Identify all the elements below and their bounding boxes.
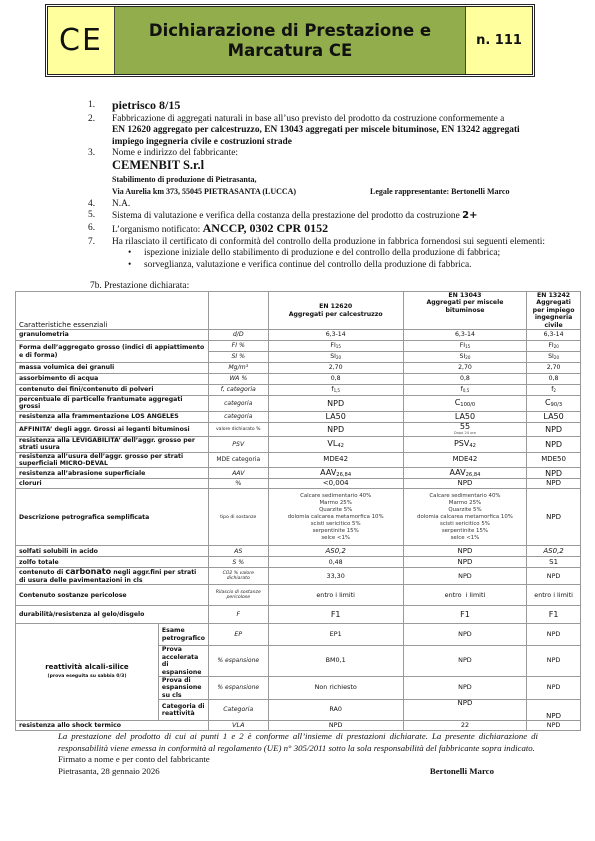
notified-body: ANCCP, 0302 CPR 0152: [203, 221, 329, 235]
table-row: resistenza alla LEVIGABILITA’ dell’aggr.…: [16, 436, 581, 452]
place-date: Pietrasanta, 28 gennaio 2026: [58, 766, 160, 778]
address: Via Aurelia km 373, 55045 PIETRASANTA (L…: [112, 186, 370, 198]
item-6: 6.L’organismo notificato: ANCCP, 0302 CP…: [88, 223, 548, 237]
bullet-item: sorveglianza, valutazione e verifica con…: [88, 260, 548, 272]
table-row: resistenza allo shock termico VLA NPD 22…: [16, 721, 581, 731]
header-en12620: EN 12620Aggregati per calcestruzzo: [268, 292, 403, 330]
item-3: 3.Nome e indirizzo del fabbricante: CEME…: [88, 148, 548, 198]
table-row: reattività alcali-silice(prova eseguita …: [16, 624, 581, 646]
document-title: Dichiarazione di Prestazione e Marcatura…: [115, 7, 465, 74]
table-row: resistenza all’abrasione superficiale AA…: [16, 468, 581, 479]
table-row: resistenza alla frammentazione LOS ANGEL…: [16, 411, 581, 422]
plant: Stabilimento di produzione di Pietrasant…: [112, 175, 257, 184]
conformity-statement: La prestazione del prodotto di cui ai pu…: [58, 731, 538, 754]
signed-for: Firmato a nome e per conto del fabbrican…: [58, 754, 538, 766]
declaration-footer: La prestazione del prodotto di cui ai pu…: [58, 731, 538, 778]
table-row: Descrizione petrografica semplificata ti…: [16, 489, 581, 546]
company-name: CEMENBIT S.r.l: [112, 158, 204, 172]
signatory: Bertonelli Marco: [430, 766, 494, 778]
table-row: granulometria d/D 6,3-14 6,3-14 6,3-14: [16, 330, 581, 341]
table-row: zolfo totale S % 0,48 NPD S1: [16, 557, 581, 568]
table-row: percentuale di particelle frantumate agg…: [16, 396, 581, 412]
table-row: assorbimento di acqua WA % 0,8 0,8 0,8: [16, 374, 581, 385]
table-row: contenuto di carbonato negli aggr.fini p…: [16, 568, 581, 585]
table-row: durabilità/resistenza al gelo/disgelo F …: [16, 606, 581, 624]
document-number: n. 111: [465, 7, 532, 74]
product-name: pietrisco 8/15: [112, 98, 180, 112]
bullet-item: ispezione iniziale dello stabilimento di…: [88, 248, 548, 260]
petro-list-b: Calcare sedimentario 40%Marmo 25%Quarzit…: [403, 489, 526, 546]
item-2: 2.Fabbricazione di aggregati naturali in…: [88, 114, 548, 149]
legal-representative: Legale rappresentante: Bertonelli Marco: [370, 187, 509, 196]
table-row: cloruri % <0,004 NPD NPD: [16, 479, 581, 489]
table-row: massa volumica dei granuli Mg/m³ 2,70 2,…: [16, 363, 581, 374]
intended-use: Fabbricazione di aggregati naturali in b…: [112, 114, 504, 124]
item-7: 7.Ha rilasciato il certificato di confor…: [88, 237, 548, 249]
header-en13242: EN 13242Aggregati per impiego ingegneria…: [527, 292, 581, 330]
header-characteristics: Caratteristiche essenziali: [16, 292, 209, 330]
table-row: AFFINITA’ degli aggr. Grossi ai leganti …: [16, 422, 581, 436]
ce-mark-icon: CE: [48, 7, 115, 74]
petro-list-a: Calcare sedimentario 40%Marmo 25%Quarzit…: [268, 489, 403, 546]
declaration-items: 1.pietrisco 8/15 2.Fabbricazione di aggr…: [88, 100, 548, 271]
table-row: Forma dell’aggregato grosso (indici di a…: [16, 341, 581, 352]
table-row: contenuto dei fini/contenuto di polveri …: [16, 385, 581, 396]
header-en13043: EN 13043Aggregati per miscele bituminose: [403, 292, 526, 330]
table-row: solfati solubili in acido AS AS0,2 NPD A…: [16, 546, 581, 557]
document-header: CE Dichiarazione di Prestazione e Marcat…: [45, 4, 535, 77]
item-1: 1.pietrisco 8/15: [88, 100, 548, 114]
standards: EN 12620 aggregato per calcestruzzo, EN …: [112, 125, 520, 147]
item-4: 4.N.A.: [88, 199, 548, 211]
table-row: Contenuto sostanze pericolose Rilascio d…: [16, 585, 581, 606]
section-7b-title: 7b. Prestazione dichiarata:: [90, 281, 189, 291]
system-value: 2+: [462, 210, 477, 221]
performance-table: Caratteristiche essenziali EN 12620Aggre…: [15, 291, 581, 731]
table-row: resistenza all’usura dell’aggr. grosso p…: [16, 452, 581, 468]
